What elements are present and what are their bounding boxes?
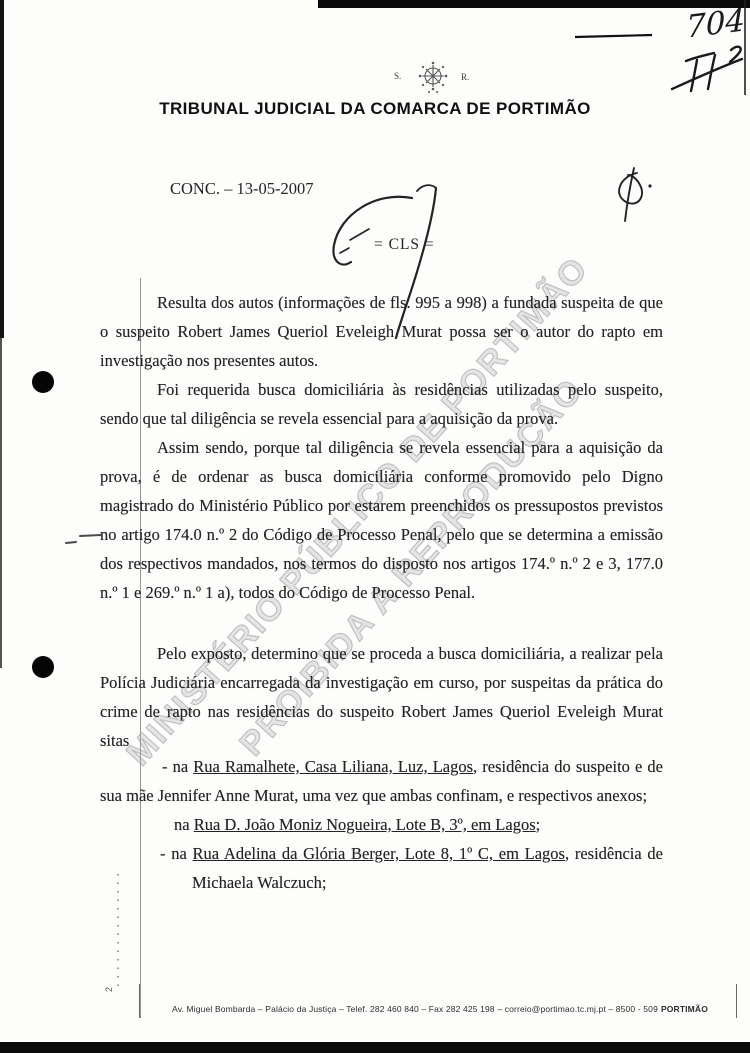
- residence-list: - na Rua Ramalhete, Casa Liliana, Luz, L…: [100, 752, 663, 897]
- residence-item: - na Rua Adelina da Glória Berger, Lote …: [100, 839, 663, 897]
- residence-item: - na Rua Ramalhete, Casa Liliana, Luz, L…: [100, 752, 663, 810]
- coat-of-arms-icon: [409, 59, 457, 95]
- paragraph-2: Foi requerida busca domiciliária às resi…: [100, 375, 663, 433]
- hole-punch-bottom: [32, 656, 54, 678]
- residence-prefix: na: [174, 815, 194, 834]
- paragraph-4: Pelo exposto, determino que se proceda a…: [100, 639, 663, 755]
- residence-item: na Rua D. João Moniz Nogueira, Lote B, 3…: [100, 810, 663, 839]
- residence-prefix: - na: [162, 757, 193, 776]
- margin-dash-marks: [66, 535, 101, 543]
- footer-city: PORTIMÃO: [661, 1004, 708, 1014]
- scanned-court-document-page: MINISTÉRIO PÚBLICO DE PORTIMÃO PROIBIDA …: [0, 0, 750, 1053]
- footer-address-line: Av. Miguel Bombarda – Palácio da Justiça…: [145, 1004, 735, 1014]
- scan-edge-left-faint: [0, 338, 2, 668]
- cls-marker: = CLS =: [374, 236, 435, 254]
- top-underline-mark: [575, 35, 652, 37]
- footer-frame-line-left: [139, 984, 140, 1018]
- margin-note: 2: [104, 987, 114, 992]
- residence-address: Rua D. João Moniz Nogueira, Lote B, 3º, …: [194, 815, 536, 834]
- emblem-letter-s: S.: [394, 71, 401, 81]
- conc-date-line: CONC. – 13-05-2007: [170, 179, 313, 199]
- residence-address: Rua Adelina da Glória Berger, Lote 8, 1º…: [193, 844, 565, 863]
- residence-suffix: ;: [536, 815, 541, 834]
- order-paragraph-block: Pelo exposto, determino que se proceda a…: [100, 639, 663, 755]
- scan-black-bar-top: [318, 0, 750, 8]
- residence-address: Rua Ramalhete, Casa Liliana, Luz, Lagos: [193, 757, 473, 776]
- footer-info: Av. Miguel Bombarda – Palácio da Justiça…: [172, 1004, 658, 1014]
- footer-frame-line-right: [736, 984, 737, 1018]
- residence-prefix: - na: [160, 844, 193, 863]
- judge-paraph: [619, 168, 652, 221]
- emblem-letter-r: R.: [461, 72, 469, 82]
- scan-black-bar-bottom: [0, 1042, 750, 1053]
- scan-edge-left: [0, 0, 4, 338]
- body-text-block: Resulta dos autos (informações de fls. 9…: [100, 288, 663, 607]
- paragraph-1: Resulta dos autos (informações de fls. 9…: [100, 288, 663, 375]
- initials-paraph: [672, 47, 742, 91]
- handwritten-page-number: 704: [686, 2, 745, 45]
- page-title: TRIBUNAL JUDICIAL DA COMARCA DE PORTIMÃO: [0, 99, 750, 119]
- hole-punch-top: [32, 371, 54, 393]
- paragraph-3: Assim sendo, porque tal diligência se re…: [100, 433, 663, 607]
